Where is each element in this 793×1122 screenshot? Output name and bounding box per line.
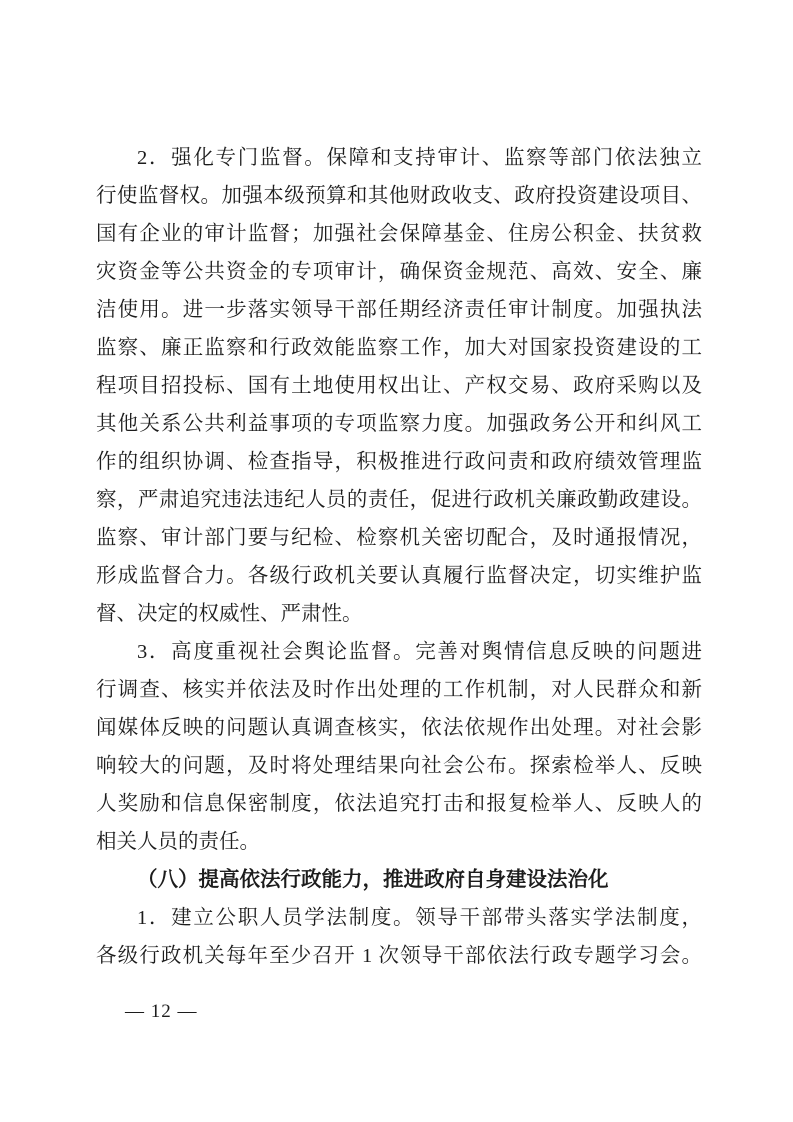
text-line: 督、决定的权威性、严肃性。 — [96, 595, 702, 633]
text-line: 察，严肃追究违法违纪人员的责任，促进行政机关廉政勤政建设。 — [96, 481, 702, 519]
text-line: 形成监督合力。各级行政机关要认真履行监督决定，切实维护监 — [96, 557, 702, 595]
text-line: 国有企业的审计监督；加强社会保障基金、住房公积金、扶贫救 — [96, 215, 702, 253]
page-number: — 12 — — [125, 1000, 198, 1024]
paragraph-heading-section-8: （八）提高依法行政能力，推进政府自身建设法治化 — [96, 861, 702, 899]
text-line: 洁使用。进一步落实领导干部任期经济责任审计制度。加强执法 — [96, 291, 702, 329]
text-line: 行调查、核实并依法及时作出处理的工作机制，对人民群众和新 — [96, 671, 702, 709]
text-line: 监察、廉正监察和行政效能监察工作，加大对国家投资建设的工 — [96, 329, 702, 367]
text-line: 程项目招投标、国有土地使用权出让、产权交易、政府采购以及 — [96, 367, 702, 405]
text-line: 监察、审计部门要与纪检、检察机关密切配合，及时通报情况， — [96, 519, 702, 557]
text-line: 其他关系公共利益事项的专项监察力度。加强政务公开和纠风工 — [96, 405, 702, 443]
heading-line: （八）提高依法行政能力，推进政府自身建设法治化 — [96, 861, 702, 899]
text-line: 各级行政机关每年至少召开 1 次领导干部依法行政专题学习会。 — [96, 937, 702, 975]
text-line: 响较大的问题，及时将处理结果向社会公布。探索检举人、反映 — [96, 747, 702, 785]
document-text-block: 2．强化专门监督。保障和支持审计、监察等部门依法独立行使监督权。加强本级预算和其… — [96, 139, 702, 975]
text-line: 行使监督权。加强本级预算和其他财政收支、政府投资建设项目、 — [96, 177, 702, 215]
text-line: 相关人员的责任。 — [96, 823, 702, 861]
text-line: 2．强化专门监督。保障和支持审计、监察等部门依法独立 — [96, 139, 702, 177]
document-page: 2．强化专门监督。保障和支持审计、监察等部门依法独立行使监督权。加强本级预算和其… — [0, 0, 793, 1122]
text-line: 3．高度重视社会舆论监督。完善对舆情信息反映的问题进 — [96, 633, 702, 671]
text-line: 闻媒体反映的问题认真调查核实，依法依规作出处理。对社会影 — [96, 709, 702, 747]
paragraph-item-3-public-opinion-supervision: 3．高度重视社会舆论监督。完善对舆情信息反映的问题进行调查、核实并依法及时作出处… — [96, 633, 702, 861]
paragraph-item-2-special-supervision: 2．强化专门监督。保障和支持审计、监察等部门依法独立行使监督权。加强本级预算和其… — [96, 139, 702, 633]
text-line: 灾资金等公共资金的专项审计，确保资金规范、高效、安全、廉 — [96, 253, 702, 291]
text-line: 作的组织协调、检查指导，积极推进行政问责和政府绩效管理监 — [96, 443, 702, 481]
text-line: 1．建立公职人员学法制度。领导干部带头落实学法制度， — [96, 899, 702, 937]
paragraph-item-1-study-law-system: 1．建立公职人员学法制度。领导干部带头落实学法制度，各级行政机关每年至少召开 1… — [96, 899, 702, 975]
text-line: 人奖励和信息保密制度，依法追究打击和报复检举人、反映人的 — [96, 785, 702, 823]
